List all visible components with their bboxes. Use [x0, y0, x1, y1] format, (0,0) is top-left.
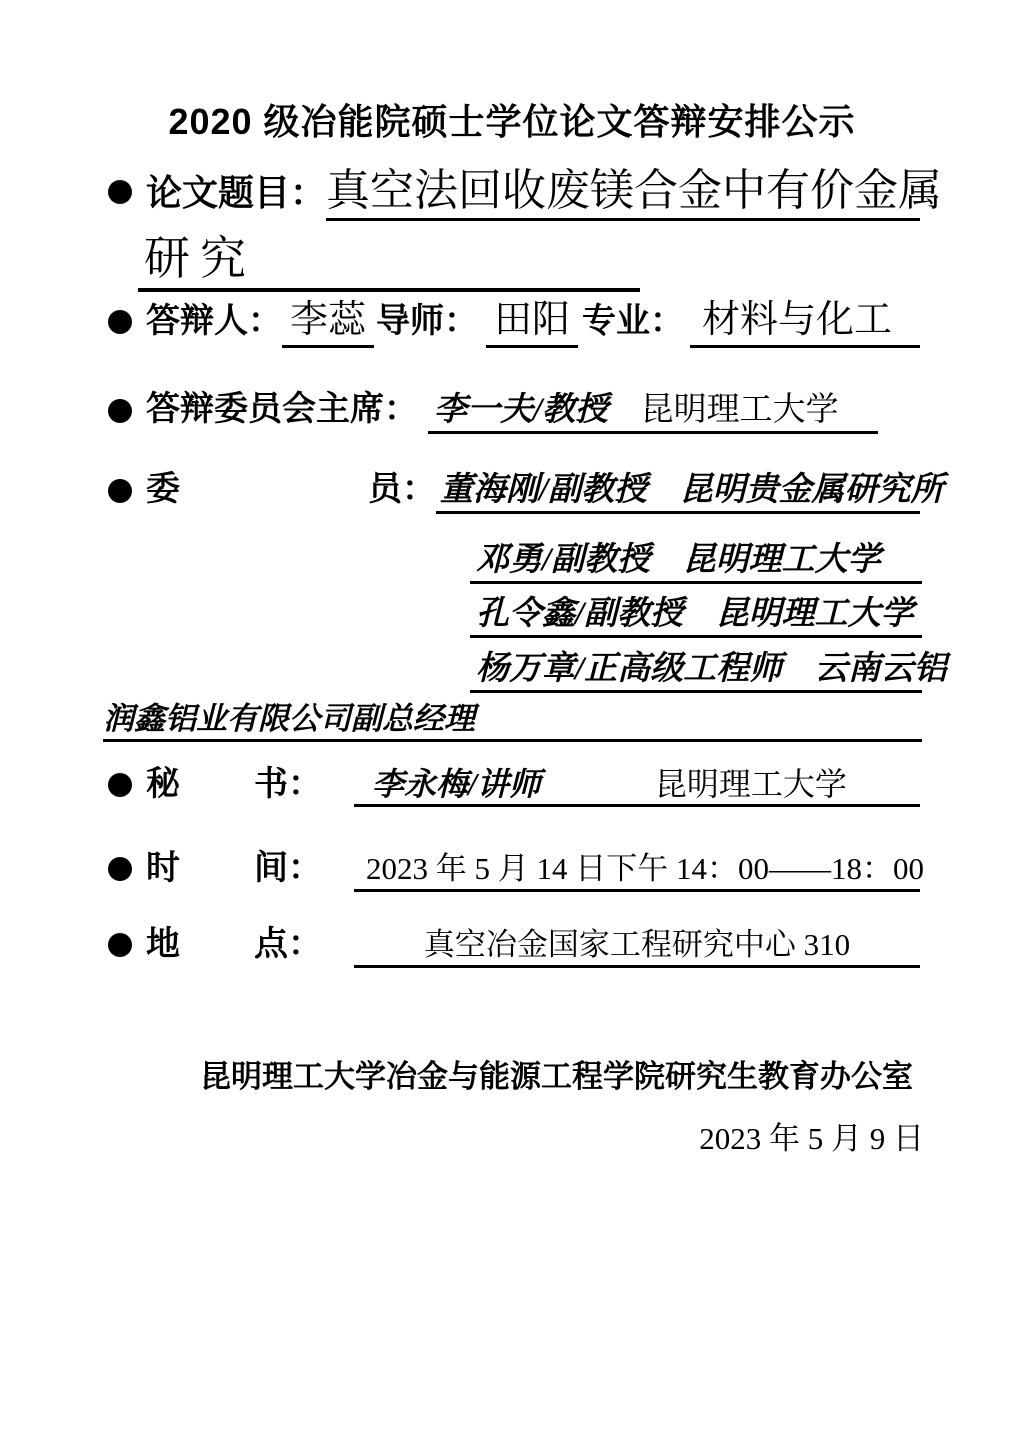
time-row: 时 间： 2023 年 5 月 14 日下午 14：00——18：00 — [108, 847, 920, 892]
chair-row: 答辩委员会主席： 李一夫/教授 昆明理工大学 — [108, 388, 920, 434]
committee-member-2-row: 邓勇/副教授 昆明理工大学 — [470, 540, 922, 584]
member-affiliation: 昆明理工大学 — [683, 542, 881, 578]
committee-member-1: 董海刚/副教授 昆明贵金属研究所 — [436, 470, 920, 514]
committee-member-4-continuation: 润鑫铝业有限公司副总经理 — [103, 700, 922, 742]
secretary-name: 李永梅/讲师 — [372, 766, 541, 802]
location-label-second: 点： — [254, 923, 322, 966]
location-row: 地 点： 真空冶金国家工程研究中心 310 — [108, 923, 920, 968]
committee-member-3-row: 孔令鑫/副教授 昆明理工大学 — [470, 594, 922, 638]
secretary-label-second: 书： — [254, 763, 322, 806]
defender-name: 李蕊 — [282, 297, 374, 348]
chair-value: 李一夫/教授 昆明理工大学 — [428, 390, 878, 434]
announcement-page: 2020 级冶能院硕士学位论文答辩安排公示 论文题目： 真空法回收废镁合金中有价… — [0, 0, 1024, 1448]
chair-label: 答辩委员会主席： — [146, 388, 418, 431]
major-label: 专业： — [582, 300, 684, 343]
bullet-icon — [108, 479, 132, 503]
committee-label: 委 员： — [146, 468, 436, 511]
committee-member-3: 孔令鑫/副教授 昆明理工大学 — [470, 594, 922, 638]
committee-label-second: 员： — [368, 468, 436, 511]
location-value: 真空冶金国家工程研究中心 310 — [354, 926, 920, 968]
committee-member-4-row: 杨万章/正高级工程师 云南云铝 — [470, 649, 922, 693]
secretary-row: 秘 书： 李永梅/讲师 昆明理工大学 — [108, 763, 920, 807]
bullet-icon — [108, 933, 132, 957]
secretary-label-first: 秘 — [146, 763, 180, 806]
footer-date: 2023 年 5 月 9 日 — [0, 1120, 924, 1159]
footer-office: 昆明理工大学冶金与能源工程学院研究生教育办公室 — [200, 1058, 913, 1097]
secretary-affiliation: 昆明理工大学 — [655, 766, 847, 802]
time-label-first: 时 — [146, 847, 180, 890]
thesis-title-value-line2: 研究 — [138, 230, 640, 292]
location-label: 地 点： — [146, 923, 322, 966]
member-name: 杨万章/正高级工程师 — [476, 651, 782, 687]
bullet-icon — [108, 310, 132, 334]
bullet-icon — [108, 857, 132, 881]
defender-label: 答辩人： — [146, 300, 282, 343]
secretary-label: 秘 书： — [146, 763, 322, 806]
chair-name: 李一夫/教授 — [434, 392, 608, 428]
thesis-title-value-line1: 真空法回收废镁合金中有价金属 — [326, 163, 920, 221]
thesis-title-row: 论文题目： 真空法回收废镁合金中有价金属 — [108, 163, 920, 221]
time-value: 2023 年 5 月 14 日下午 14：00——18：00 — [354, 850, 920, 892]
member-name: 孔令鑫/副教授 — [476, 596, 683, 632]
time-label: 时 间： — [146, 847, 322, 890]
bullet-icon — [108, 399, 132, 423]
committee-member-4-continuation-row: 润鑫铝业有限公司副总经理 — [103, 700, 922, 742]
secretary-value: 李永梅/讲师 昆明理工大学 — [354, 764, 920, 807]
location-label-first: 地 — [146, 923, 180, 966]
chair-affiliation: 昆明理工大学 — [641, 392, 839, 428]
member-affiliation: 云南云铝 — [815, 651, 947, 687]
member-name: 邓勇/副教授 — [476, 542, 650, 578]
bullet-icon — [108, 773, 132, 797]
member-affiliation: 昆明理工大学 — [716, 596, 914, 632]
page-title: 2020 级冶能院硕士学位论文答辩安排公示 — [0, 100, 1024, 143]
advisor-label: 导师： — [376, 300, 478, 343]
committee-row: 委 员： 董海刚/副教授 昆明贵金属研究所 — [108, 468, 920, 514]
time-label-second: 间： — [254, 847, 322, 890]
major-value: 材料与化工 — [690, 297, 920, 348]
member-affiliation: 昆明贵金属研究所 — [680, 472, 944, 508]
committee-member-2: 邓勇/副教授 昆明理工大学 — [470, 540, 922, 584]
defender-row: 答辩人： 李蕊 导师： 田阳 专业： 材料与化工 — [108, 297, 920, 348]
thesis-title-label: 论文题目： — [146, 170, 326, 215]
thesis-title-row-2: 研究 — [138, 230, 640, 292]
bullet-icon — [108, 180, 132, 204]
member-name: 董海刚/副教授 — [440, 472, 647, 508]
committee-member-4: 杨万章/正高级工程师 云南云铝 — [470, 649, 922, 693]
advisor-name: 田阳 — [486, 297, 578, 348]
committee-label-first: 委 — [146, 468, 180, 511]
